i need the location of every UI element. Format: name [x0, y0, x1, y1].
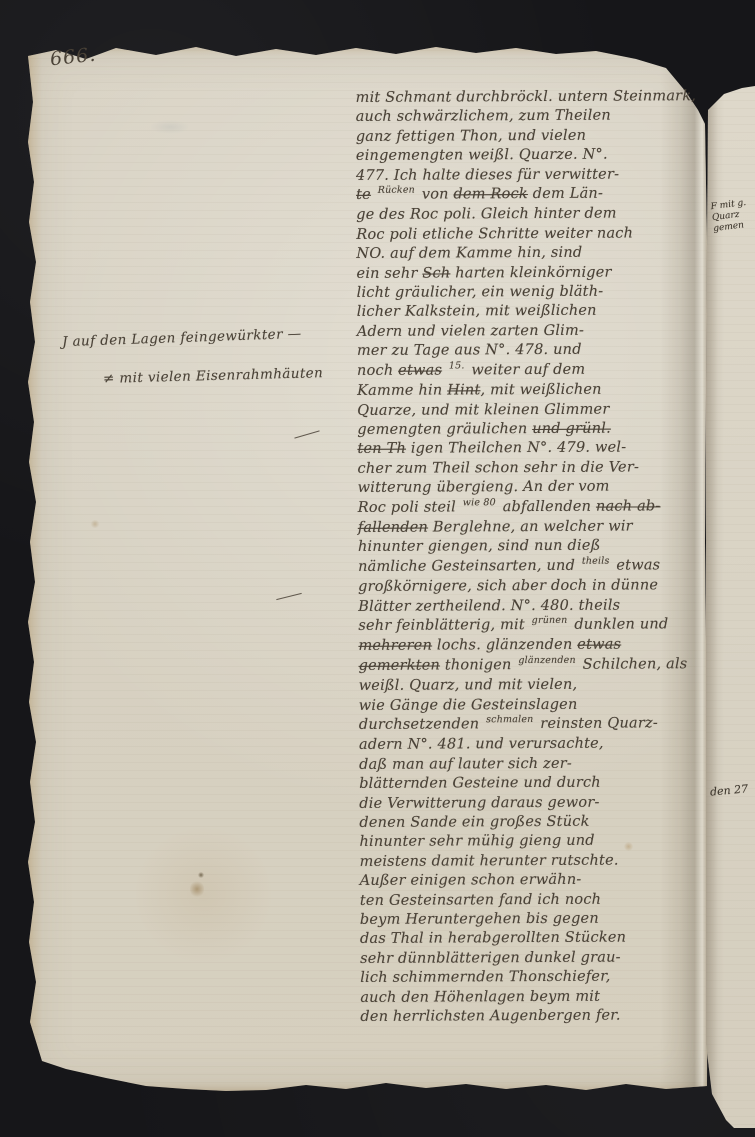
- text-line: mehreren lochs. glänzenden etwas: [358, 635, 710, 656]
- text-line: Blätter zertheilend. N°. 480. theils: [358, 596, 710, 617]
- text-line: nämliche Gesteinsarten, und theils etwas: [358, 556, 710, 578]
- text-line: meistens damit herunter rutschte.: [360, 851, 712, 872]
- text-line: weißl. Quarz, und mit vielen,: [359, 675, 711, 696]
- text-line: Quarze, und mit kleinen Glimmer: [357, 400, 709, 421]
- text-line: licher Kalkstein, mit weißlichen: [357, 302, 709, 323]
- text-line: NO. auf dem Kamme hin, sind: [356, 243, 708, 264]
- text-line: adern N°. 481. und verursachte,: [359, 734, 711, 755]
- text-line: noch etwas 15. weiter auf dem: [357, 360, 709, 382]
- text-line: die Verwitterung daraus gewor-: [359, 793, 711, 814]
- text-line: eingemengten weißl. Quarze. N°.: [356, 145, 708, 166]
- text-line: das Thal in herabgerollten Stücken: [360, 929, 712, 950]
- text-line: auch den Höhenlagen beym mit: [360, 987, 712, 1008]
- text-line: cher zum Theil schon sehr in die Ver-: [357, 458, 709, 479]
- text-line: Roc poli steil wie 80 abfallenden nach a…: [358, 497, 710, 519]
- text-line: ge des Roc poli. Gleich hinter dem: [356, 205, 708, 226]
- text-line: ten Gesteinsarten fand ich noch: [360, 890, 712, 911]
- text-line: te Rücken von dem Rock dem Län-: [356, 184, 708, 206]
- text-line: witterung übergieng. An der vom: [358, 477, 710, 498]
- text-line: daß man auf lauter sich zer-: [359, 754, 711, 775]
- facing-page-specimen-note: F mit g. Quarz gemen: [710, 198, 749, 235]
- text-line: großkörnigere, sich aber doch in dünne: [358, 576, 710, 597]
- text-line: Adern und vielen zarten Glim-: [357, 321, 709, 342]
- text-line: gemengten gräulichen und grünl.: [357, 419, 709, 440]
- text-line: licht gräulicher, ein wenig bläth-: [357, 282, 709, 303]
- text-line: ein sehr Sch harten kleinkörniger: [356, 263, 708, 284]
- text-line: sehr feinblätterig, mit grünen dunklen u…: [358, 615, 710, 637]
- text-line: Kamme hin Hint, mit weißlichen: [357, 380, 709, 401]
- text-column: mit Schmant durchbröckl. untern Steinmar…: [356, 87, 713, 1027]
- text-line: mer zu Tage aus N°. 478. und: [357, 340, 709, 361]
- text-line: ten Th igen Theilchen N°. 479. wel-: [357, 438, 709, 459]
- text-line: durchsetzenden schmalen reinsten Quarz-: [359, 714, 711, 736]
- text-line: auch schwärzlichem, zum Theilen: [356, 106, 708, 127]
- text-line: Außer einigen schon erwähn-: [360, 870, 712, 891]
- text-line: wie Gänge die Gesteinslagen: [359, 695, 711, 716]
- text-line: blätternden Gesteine und durch: [359, 773, 711, 794]
- text-line: sehr dünnblätterigen dunkel grau-: [360, 948, 712, 969]
- text-line: gemerkten thonigen glänzenden Schilchen,…: [359, 655, 711, 677]
- text-line: hinunter giengen, sind nun dieß: [358, 536, 710, 557]
- text-line: beym Heruntergehen bis gegen: [360, 909, 712, 930]
- text-line: hinunter sehr mühig gieng und: [359, 832, 711, 853]
- text-line: mit Schmant durchbröckl. untern Steinmar…: [356, 87, 708, 108]
- text-line: lich schimmernden Thonschiefer,: [360, 967, 712, 988]
- text-line: den herrlichsten Augenbergen fer.: [360, 1006, 712, 1027]
- text-line: ganz fettigen Thon, und vielen: [356, 126, 708, 147]
- text-line: fallenden Berglehne, an welcher wir: [358, 517, 710, 538]
- text-line: Roc poli etliche Schritte weiter nach: [356, 224, 708, 245]
- text-line: denen Sande ein großes Stück: [359, 812, 711, 833]
- text-line: 477. Ich halte dieses für verwitter-: [356, 165, 708, 186]
